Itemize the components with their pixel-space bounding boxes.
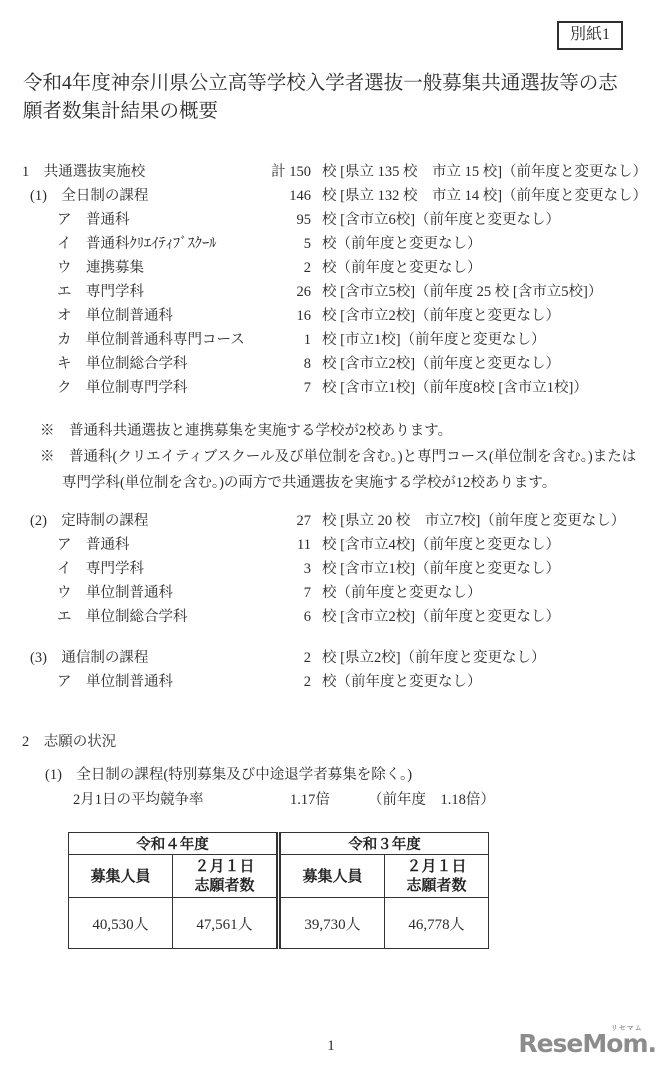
- row-count: 5: [208, 232, 311, 256]
- row-detail: 校 [県立2校]（前年度と変更なし）: [322, 646, 546, 670]
- logo-text: ReseMom.: [518, 1031, 656, 1056]
- table-year-header-row: 令和４年度 令和３年度: [69, 833, 489, 855]
- applications-heading: 2 志願の状況: [22, 730, 116, 754]
- row-label: ア 普通科: [57, 533, 130, 557]
- col-header-recruitment-r4: 募集人員: [69, 855, 173, 898]
- row-detail: 校 [含市立1校]（前年度と変更なし）: [322, 557, 560, 581]
- school-count-row: カ 単位制普通科専門コース 1 校 [市立1校]（前年度と変更なし）: [0, 328, 662, 352]
- document-page: 別紙1 令和4年度神奈川県公立高等学校入学者選抜一般募集共通選抜等の志願者数集計…: [0, 0, 662, 1067]
- row-label: キ 単位制総合学科: [57, 352, 188, 376]
- row-label: エ 単位制総合学科: [57, 605, 188, 629]
- applications-table: 令和４年度 令和３年度 募集人員 ２月１日 志願者数 募集人員 ２月１日 志願者…: [68, 832, 489, 949]
- row-detail: 校 [含市立4校]（前年度と変更なし）: [322, 533, 560, 557]
- row-detail: 校 [含市立2校]（前年度と変更なし）: [322, 304, 560, 328]
- row-label: ア 単位制普通科: [57, 670, 173, 694]
- value-recruitment-r4: 40,530人: [69, 898, 173, 949]
- section-1-school-counts: 1 共通選抜実施校 計 150 校 [県立 135 校 市立 15 校]（前年度…: [0, 160, 662, 400]
- year-header-reiwa3: 令和３年度: [279, 833, 489, 855]
- school-count-row: イ 専門学科 3 校 [含市立1校]（前年度と変更なし）: [0, 557, 662, 581]
- row-label: (3) 通信制の課程: [30, 646, 148, 670]
- school-count-row: ア 単位制普通科 2 校（前年度と変更なし）: [0, 670, 662, 694]
- row-count: 26: [208, 280, 311, 304]
- applications-subheading: (1) 全日制の課程(特別募集及び中途退学者募集を除く。): [45, 763, 412, 787]
- note-line: ※ 普通科(クリエイティブスクール及び単位制を含む。)と専門コース(単位制を含む…: [40, 444, 652, 470]
- row-count: 2: [208, 256, 311, 280]
- row-count: 2: [208, 646, 311, 670]
- school-count-row: キ 単位制総合学科 8 校 [含市立2校]（前年度と変更なし）: [0, 352, 662, 376]
- col-header-recruitment-r3: 募集人員: [279, 855, 385, 898]
- row-label: エ 専門学科: [57, 280, 144, 304]
- row-count: 1: [208, 328, 311, 352]
- row-label: オ 単位制普通科: [57, 304, 173, 328]
- row-label: (1) 全日制の課程: [30, 184, 148, 208]
- row-count: 計 150: [208, 160, 311, 184]
- rate-previous-year: （前年度 1.18倍）: [368, 788, 495, 812]
- table-values-row: 40,530人 47,561人 39,730人 46,778人: [69, 898, 489, 949]
- row-count: 95: [208, 208, 311, 232]
- row-detail: 校（前年度と変更なし）: [322, 232, 482, 256]
- row-detail: 校 [含市立5校]（前年度 25 校 [含市立5校]）: [322, 280, 602, 304]
- competition-rate-row: 2月1日の平均競争率 1.17倍 （前年度 1.18倍）: [0, 788, 662, 812]
- school-count-row: ウ 連携募集 2 校（前年度と変更なし）: [0, 256, 662, 280]
- row-count: 11: [208, 533, 311, 557]
- school-count-row: イ 普通科ｸﾘｴｲﾃｨﾌﾞｽｸｰﾙ 5 校（前年度と変更なし）: [0, 232, 662, 256]
- row-label: ウ 連携募集: [57, 256, 144, 280]
- section-3-correspondence-counts: (3) 通信制の課程 2 校 [県立2校]（前年度と変更なし） ア 単位制普通科…: [0, 646, 662, 694]
- row-detail: 校（前年度と変更なし）: [322, 670, 482, 694]
- row-count: 8: [208, 352, 311, 376]
- school-count-row: ウ 単位制普通科 7 校（前年度と変更なし）: [0, 581, 662, 605]
- document-title: 令和4年度神奈川県公立高等学校入学者選抜一般募集共通選抜等の志願者数集計結果の概…: [23, 70, 629, 126]
- row-count: 2: [208, 670, 311, 694]
- note-line-continuation: 専門学科(単位制を含む。)の両方で共通選抜を実施する学校が12校あります。: [40, 470, 652, 496]
- row-count: 6: [208, 605, 311, 629]
- row-detail: 校（前年度と変更なし）: [322, 581, 482, 605]
- value-applicants-r3: 46,778人: [385, 898, 489, 949]
- row-detail: 校 [市立1校]（前年度と変更なし）: [322, 328, 546, 352]
- row-detail: 校 [県立 135 校 市立 15 校]（前年度と変更なし）: [322, 160, 647, 184]
- year-header-reiwa4: 令和４年度: [69, 833, 279, 855]
- row-detail: 校 [含市立6校]（前年度と変更なし）: [322, 208, 560, 232]
- value-applicants-r4: 47,561人: [173, 898, 279, 949]
- row-label: イ 専門学科: [57, 557, 144, 581]
- row-count: 7: [208, 581, 311, 605]
- table-column-header-row: 募集人員 ２月１日 志願者数 募集人員 ２月１日 志願者数: [69, 855, 489, 898]
- school-count-row: オ 単位制普通科 16 校 [含市立2校]（前年度と変更なし）: [0, 304, 662, 328]
- row-detail: 校 [含市立2校]（前年度と変更なし）: [322, 605, 560, 629]
- section-2-part-time-counts: (2) 定時制の課程 27 校 [県立 20 校 市立7校]（前年度と変更なし）…: [0, 509, 662, 629]
- row-count: 146: [208, 184, 311, 208]
- row-detail: 校 [県立 20 校 市立7校]（前年度と変更なし）: [322, 509, 625, 533]
- row-label: 1 共通選抜実施校: [22, 160, 145, 184]
- row-label: ア 普通科: [57, 208, 130, 232]
- resemom-logo: リセマム ReseMom.: [518, 1023, 656, 1056]
- school-count-row: 1 共通選抜実施校 計 150 校 [県立 135 校 市立 15 校]（前年度…: [0, 160, 662, 184]
- school-count-row: ア 普通科 95 校 [含市立6校]（前年度と変更なし）: [0, 208, 662, 232]
- row-label: ウ 単位制普通科: [57, 581, 173, 605]
- rate-value: 1.17倍: [290, 788, 330, 812]
- row-detail: 校 [県立 132 校 市立 14 校]（前年度と変更なし）: [322, 184, 647, 208]
- school-count-row: エ 単位制総合学科 6 校 [含市立2校]（前年度と変更なし）: [0, 605, 662, 629]
- row-label: イ 普通科ｸﾘｴｲﾃｨﾌﾞｽｸｰﾙ: [57, 232, 217, 256]
- section-1-notes: ※ 普通科共通選抜と連携募集を実施する学校が2校あります。 ※ 普通科(クリエイ…: [40, 418, 652, 496]
- school-count-row: (3) 通信制の課程 2 校 [県立2校]（前年度と変更なし）: [0, 646, 662, 670]
- row-count: 3: [208, 557, 311, 581]
- value-recruitment-r3: 39,730人: [279, 898, 385, 949]
- row-detail: 校 [含市立1校]（前年度8校 [含市立1校]）: [322, 376, 588, 400]
- row-count: 27: [208, 509, 311, 533]
- attachment-tag: 別紙1: [557, 21, 623, 50]
- school-count-row: ア 普通科 11 校 [含市立4校]（前年度と変更なし）: [0, 533, 662, 557]
- row-count: 7: [208, 376, 311, 400]
- row-label: ク 単位制専門学科: [57, 376, 188, 400]
- row-count: 16: [208, 304, 311, 328]
- rate-label: 2月1日の平均競争率: [73, 788, 204, 812]
- school-count-row: ク 単位制専門学科 7 校 [含市立1校]（前年度8校 [含市立1校]）: [0, 376, 662, 400]
- school-count-row: エ 専門学科 26 校 [含市立5校]（前年度 25 校 [含市立5校]）: [0, 280, 662, 304]
- note-line: ※ 普通科共通選抜と連携募集を実施する学校が2校あります。: [40, 418, 652, 444]
- row-label: (2) 定時制の課程: [30, 509, 148, 533]
- row-detail: 校（前年度と変更なし）: [322, 256, 482, 280]
- col-header-applicants-r4: ２月１日 志願者数: [173, 855, 279, 898]
- row-detail: 校 [含市立2校]（前年度と変更なし）: [322, 352, 560, 376]
- school-count-row: (1) 全日制の課程 146 校 [県立 132 校 市立 14 校]（前年度と…: [0, 184, 662, 208]
- school-count-row: (2) 定時制の課程 27 校 [県立 20 校 市立7校]（前年度と変更なし）: [0, 509, 662, 533]
- col-header-applicants-r3: ２月１日 志願者数: [385, 855, 489, 898]
